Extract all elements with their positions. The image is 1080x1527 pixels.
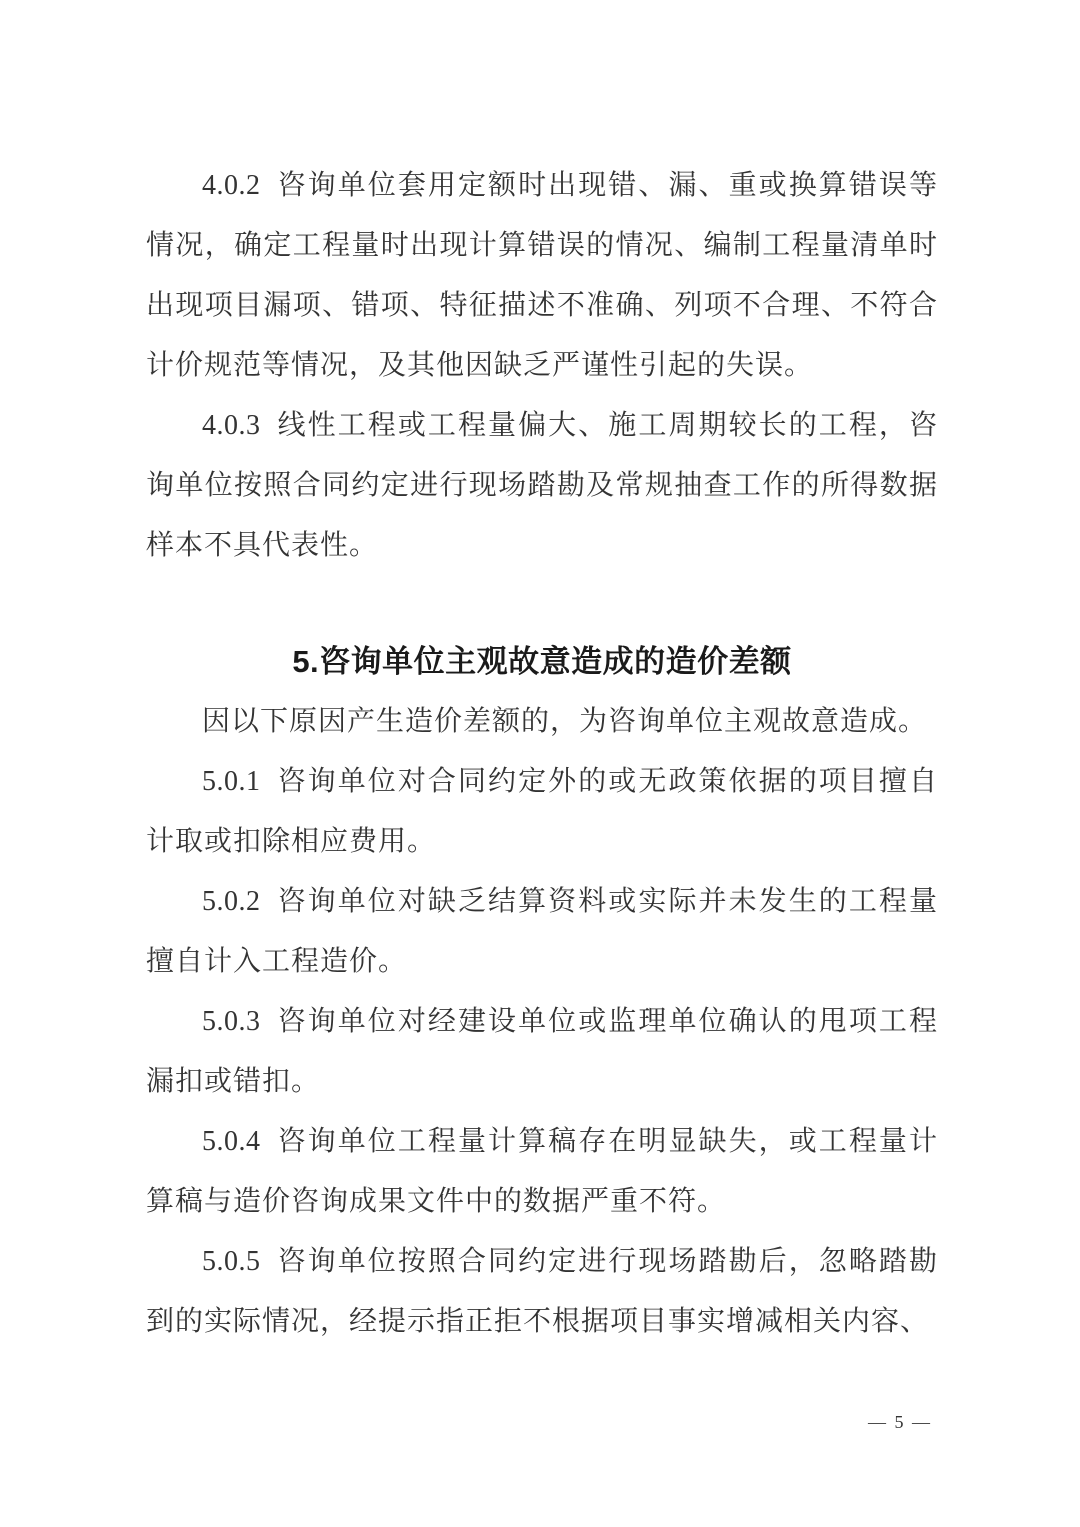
clause-number: 5.0.3: [202, 1006, 277, 1037]
clause-number: 4.0.3: [202, 410, 277, 441]
clause-number: 5.0.5: [202, 1246, 277, 1277]
page-number: — 5 —: [868, 1410, 932, 1434]
clause-number: 5.0.2: [202, 886, 277, 917]
section-5-intro: 因以下原因产生造价差额的，为咨询单位主观故意造成。: [146, 692, 938, 752]
section-5-heading: 5.咨询单位主观故意造成的造价差额: [146, 632, 938, 692]
clause-4-0-3: 4.0.3线性工程或工程量偏大、施工周期较长的工程，咨询单位按照合同约定进行现场…: [146, 396, 938, 576]
page-content: 4.0.2咨询单位套用定额时出现错、漏、重或换算错误等情况，确定工程量时出现计算…: [146, 156, 938, 1352]
clause-4-0-2: 4.0.2咨询单位套用定额时出现错、漏、重或换算错误等情况，确定工程量时出现计算…: [146, 156, 938, 396]
clause-5-0-3: 5.0.3咨询单位对经建设单位或监理单位确认的甩项工程漏扣或错扣。: [146, 992, 938, 1112]
clause-number: 5.0.4: [202, 1126, 277, 1157]
document-page: 4.0.2咨询单位套用定额时出现错、漏、重或换算错误等情况，确定工程量时出现计算…: [0, 0, 1080, 1527]
clause-5-0-2: 5.0.2咨询单位对缺乏结算资料或实际并未发生的工程量擅自计入工程造价。: [146, 872, 938, 992]
clause-number: 5.0.1: [202, 766, 277, 797]
clause-5-0-5: 5.0.5咨询单位按照合同约定进行现场踏勘后，忽略踏勘到的实际情况，经提示指正拒…: [146, 1232, 938, 1352]
clause-5-0-4: 5.0.4咨询单位工程量计算稿存在明显缺失，或工程量计算稿与造价咨询成果文件中的…: [146, 1112, 938, 1232]
clause-5-0-1: 5.0.1咨询单位对合同约定外的或无政策依据的项目擅自计取或扣除相应费用。: [146, 752, 938, 872]
clause-text: 咨询单位套用定额时出现错、漏、重或换算错误等情况，确定工程量时出现计算错误的情况…: [146, 170, 938, 381]
clause-number: 4.0.2: [202, 170, 277, 201]
